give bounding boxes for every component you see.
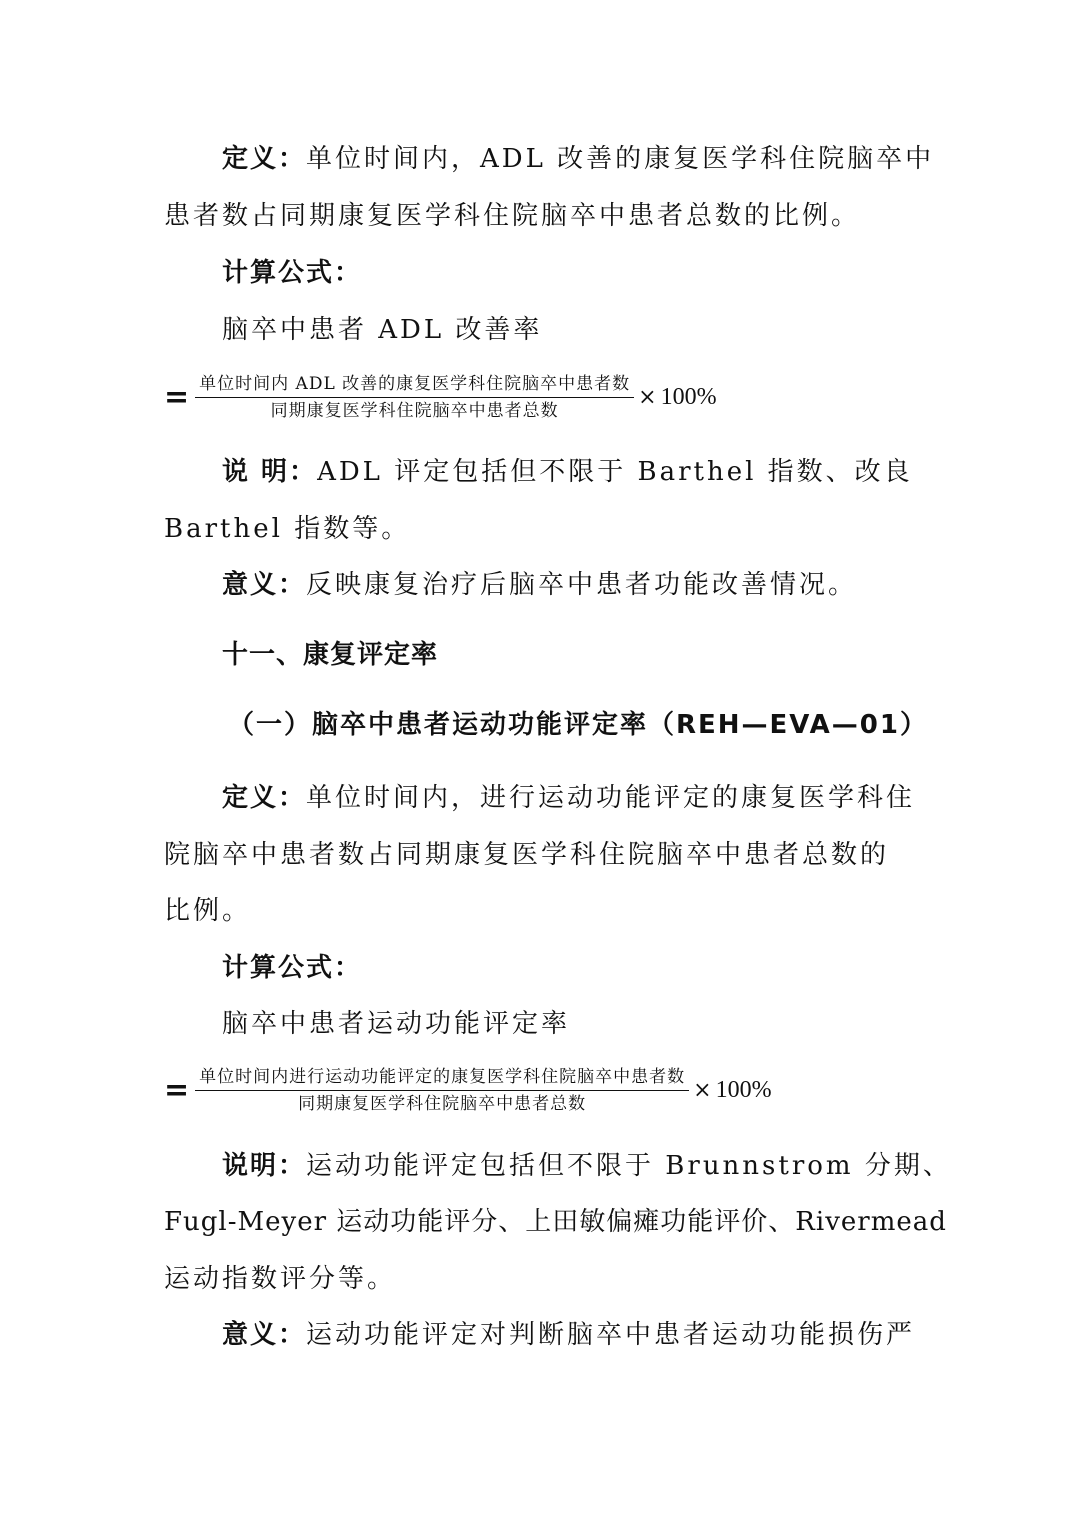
adl-meaning: 意义：反映康复治疗后脑卒中患者功能改善情况。 — [222, 568, 857, 602]
fraction: 单位时间内 ADL 改善的康复医学科住院脑卒中患者数 同期康复医学科住院脑卒中患… — [195, 373, 634, 422]
motor-meaning: 意义：运动功能评定对判断脑卒中患者运动功能损伤严 — [222, 1318, 915, 1352]
numerator: 单位时间内 ADL 改善的康复医学科住院脑卒中患者数 — [195, 373, 634, 398]
note-text: 运动功能评定包括但不限于 Brunnstrom 分期、 — [306, 1151, 952, 1181]
adl-formula-name: 脑卒中患者 ADL 改善率 — [222, 313, 542, 347]
motor-note-line-2: Fugl-Meyer 运动功能评分、上田敏偏瘫功能评价、Rivermead — [164, 1205, 947, 1239]
adl-note-line-1: 说 明：ADL 评定包括但不限于 Barthel 指数、改良 — [222, 455, 913, 489]
motor-definition-line-1: 定义：单位时间内，进行运动功能评定的康复医学科住 — [222, 781, 915, 815]
adl-definition-line-1: 定义：单位时间内，ADL 改善的康复医学科住院脑卒中 — [222, 142, 934, 176]
denominator: 同期康复医学科住院脑卒中患者总数 — [267, 398, 563, 422]
motor-formula-label: 计算公式： — [222, 951, 362, 985]
numerator: 单位时间内进行运动功能评定的康复医学科住院脑卒中患者数 — [195, 1066, 689, 1091]
note-text: ADL 评定包括但不限于 Barthel 指数、改良 — [317, 457, 913, 487]
definition-label: 定义： — [222, 783, 306, 813]
note-label: 说 明： — [222, 457, 317, 487]
subsection-heading: （一）脑卒中患者运动功能评定率（REH—EVA—01） — [228, 708, 928, 742]
definition-label: 定义： — [222, 144, 306, 174]
motor-note-line-1: 说明：运动功能评定包括但不限于 Brunnstrom 分期、 — [222, 1149, 952, 1183]
adl-formula-label: 计算公式： — [222, 256, 362, 290]
multiply-sign: × — [638, 385, 656, 410]
definition-text: 单位时间内，进行运动功能评定的康复医学科住 — [306, 783, 915, 813]
adl-formula: = 单位时间内 ADL 改善的康复医学科住院脑卒中患者数 同期康复医学科住院脑卒… — [164, 373, 717, 422]
multiply-sign: × — [693, 1078, 711, 1103]
definition-text: 单位时间内，ADL 改善的康复医学科住院脑卒中 — [306, 144, 934, 174]
percent-value: 100% — [716, 1077, 772, 1104]
equals-sign: = — [164, 1076, 189, 1106]
meaning-label: 意义： — [222, 1320, 306, 1350]
motor-formula: = 单位时间内进行运动功能评定的康复医学科住院脑卒中患者数 同期康复医学科住院脑… — [164, 1066, 772, 1115]
denominator: 同期康复医学科住院脑卒中患者总数 — [294, 1091, 590, 1115]
meaning-label: 意义： — [222, 570, 306, 600]
motor-note-line-3: 运动指数评分等。 — [164, 1262, 396, 1296]
adl-definition-line-2: 患者数占同期康复医学科住院脑卒中患者总数的比例。 — [164, 199, 860, 233]
note-label: 说明： — [222, 1151, 306, 1181]
chapter-heading: 十一、康复评定率 — [222, 638, 438, 672]
motor-definition-line-2: 院脑卒中患者数占同期康复医学科住院脑卒中患者总数的 — [164, 838, 889, 872]
meaning-text: 反映康复治疗后脑卒中患者功能改善情况。 — [306, 570, 857, 600]
percent-value: 100% — [661, 384, 717, 411]
meaning-text: 运动功能评定对判断脑卒中患者运动功能损伤严 — [306, 1320, 915, 1350]
fraction: 单位时间内进行运动功能评定的康复医学科住院脑卒中患者数 同期康复医学科住院脑卒中… — [195, 1066, 689, 1115]
motor-formula-name: 脑卒中患者运动功能评定率 — [222, 1007, 570, 1041]
motor-definition-line-3: 比例。 — [164, 894, 251, 928]
adl-note-line-2: Barthel 指数等。 — [164, 512, 410, 546]
equals-sign: = — [164, 383, 189, 413]
